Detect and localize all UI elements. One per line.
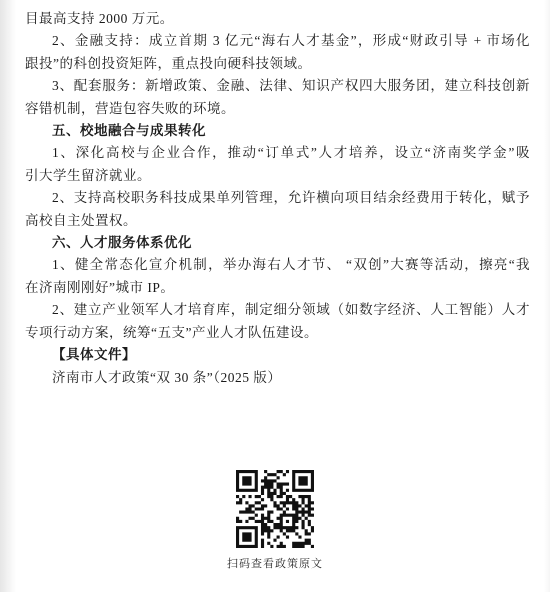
document-page: 目最高支持 2000 万元。2、金融支持：成立首期 3 亿元“海右人才基金”，形… (0, 0, 550, 592)
text-line: 目最高支持 2000 万元。 (25, 8, 530, 30)
text-line: 2、支持高校职务科技成果单列管理，允许横向项目结余经费用于转化，赋予 (25, 187, 530, 209)
text-line: 高校自主处置权。 (25, 210, 530, 232)
policy-text-block: 目最高支持 2000 万元。2、金融支持：成立首期 3 亿元“海右人才基金”，形… (25, 8, 530, 389)
text-line: 1、健全常态化宣介机制，举办海右人才节、 “双创”大赛等活动，擦亮“我 (25, 254, 530, 276)
qr-caption: 扫码查看政策原文 (0, 555, 550, 571)
text-line: 跟投”的科创投资矩阵，重点投向硬科技领域。 (25, 53, 530, 75)
text-line: 在济南刚刚好”城市 IP。 (25, 277, 530, 299)
qr-code (236, 470, 314, 548)
text-line: 专项行动方案，统筹“五支”产业人才队伍建设。 (25, 322, 530, 344)
text-line: 引大学生留济就业。 (25, 165, 530, 187)
text-line: 2、建立产业领军人才培育库，制定细分领域（如数字经济、人工智能）人才 (25, 299, 530, 321)
text-line: 济南市人才政策“双 30 条”（2025 版） (25, 367, 530, 389)
text-line: 2、金融支持：成立首期 3 亿元“海右人才基金”，形成“财政引导 + 市场化 (25, 30, 530, 52)
qr-section: 扫码查看政策原文 (0, 470, 550, 571)
text-line: 3、配套服务：新增政策、金融、法律、知识产权四大服务团，建立科技创新 (25, 75, 530, 97)
text-line: 五、校地融合与成果转化 (25, 120, 530, 142)
text-line: 【具体文件】 (25, 344, 530, 366)
text-line: 容错机制，营造包容失败的环境。 (25, 98, 530, 120)
text-line: 1、深化高校与企业合作，推动“订单式”人才培养，设立“济南奖学金”吸 (25, 142, 530, 164)
text-line: 六、人才服务体系优化 (25, 232, 530, 254)
